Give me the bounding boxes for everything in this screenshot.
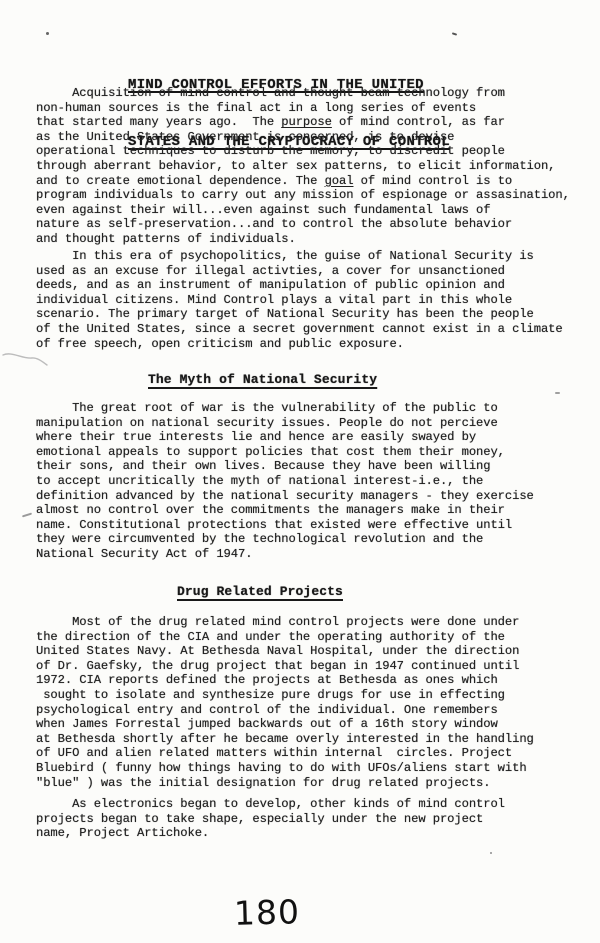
underlined-word-goal: goal	[325, 174, 354, 188]
scan-speck-top-right	[452, 32, 457, 35]
pencil-mark-left-margin	[22, 513, 32, 518]
scanned-document-page: MIND CONTROL EFFORTS IN THE UNITED STATE…	[0, 0, 600, 943]
heading-drug-related-projects: Drug Related Projects	[177, 584, 343, 599]
paragraph-root-of-war: The great root of war is the vulnerabili…	[36, 401, 534, 562]
paragraph-psychopolitics: In this era of psychopolitics, the guise…	[36, 249, 563, 351]
handwritten-page-number: 180	[234, 892, 301, 933]
paragraph-acquisition: Acquisition of mind control and thought …	[36, 86, 570, 247]
scan-speck-right-of-heading	[555, 392, 560, 394]
scan-speck-top-left	[46, 32, 49, 35]
scan-squiggle-left-margin	[2, 350, 48, 368]
underlined-word-purpose: purpose	[281, 115, 332, 129]
squiggle-mark	[2, 350, 48, 368]
scan-speck-bottom	[490, 852, 492, 854]
heading-myth-of-national-security: The Myth of National Security	[148, 372, 377, 387]
paragraph-project-artichoke: As electronics began to develop, other k…	[36, 797, 505, 841]
paragraph-drug-projects: Most of the drug related mind control pr…	[36, 615, 534, 790]
